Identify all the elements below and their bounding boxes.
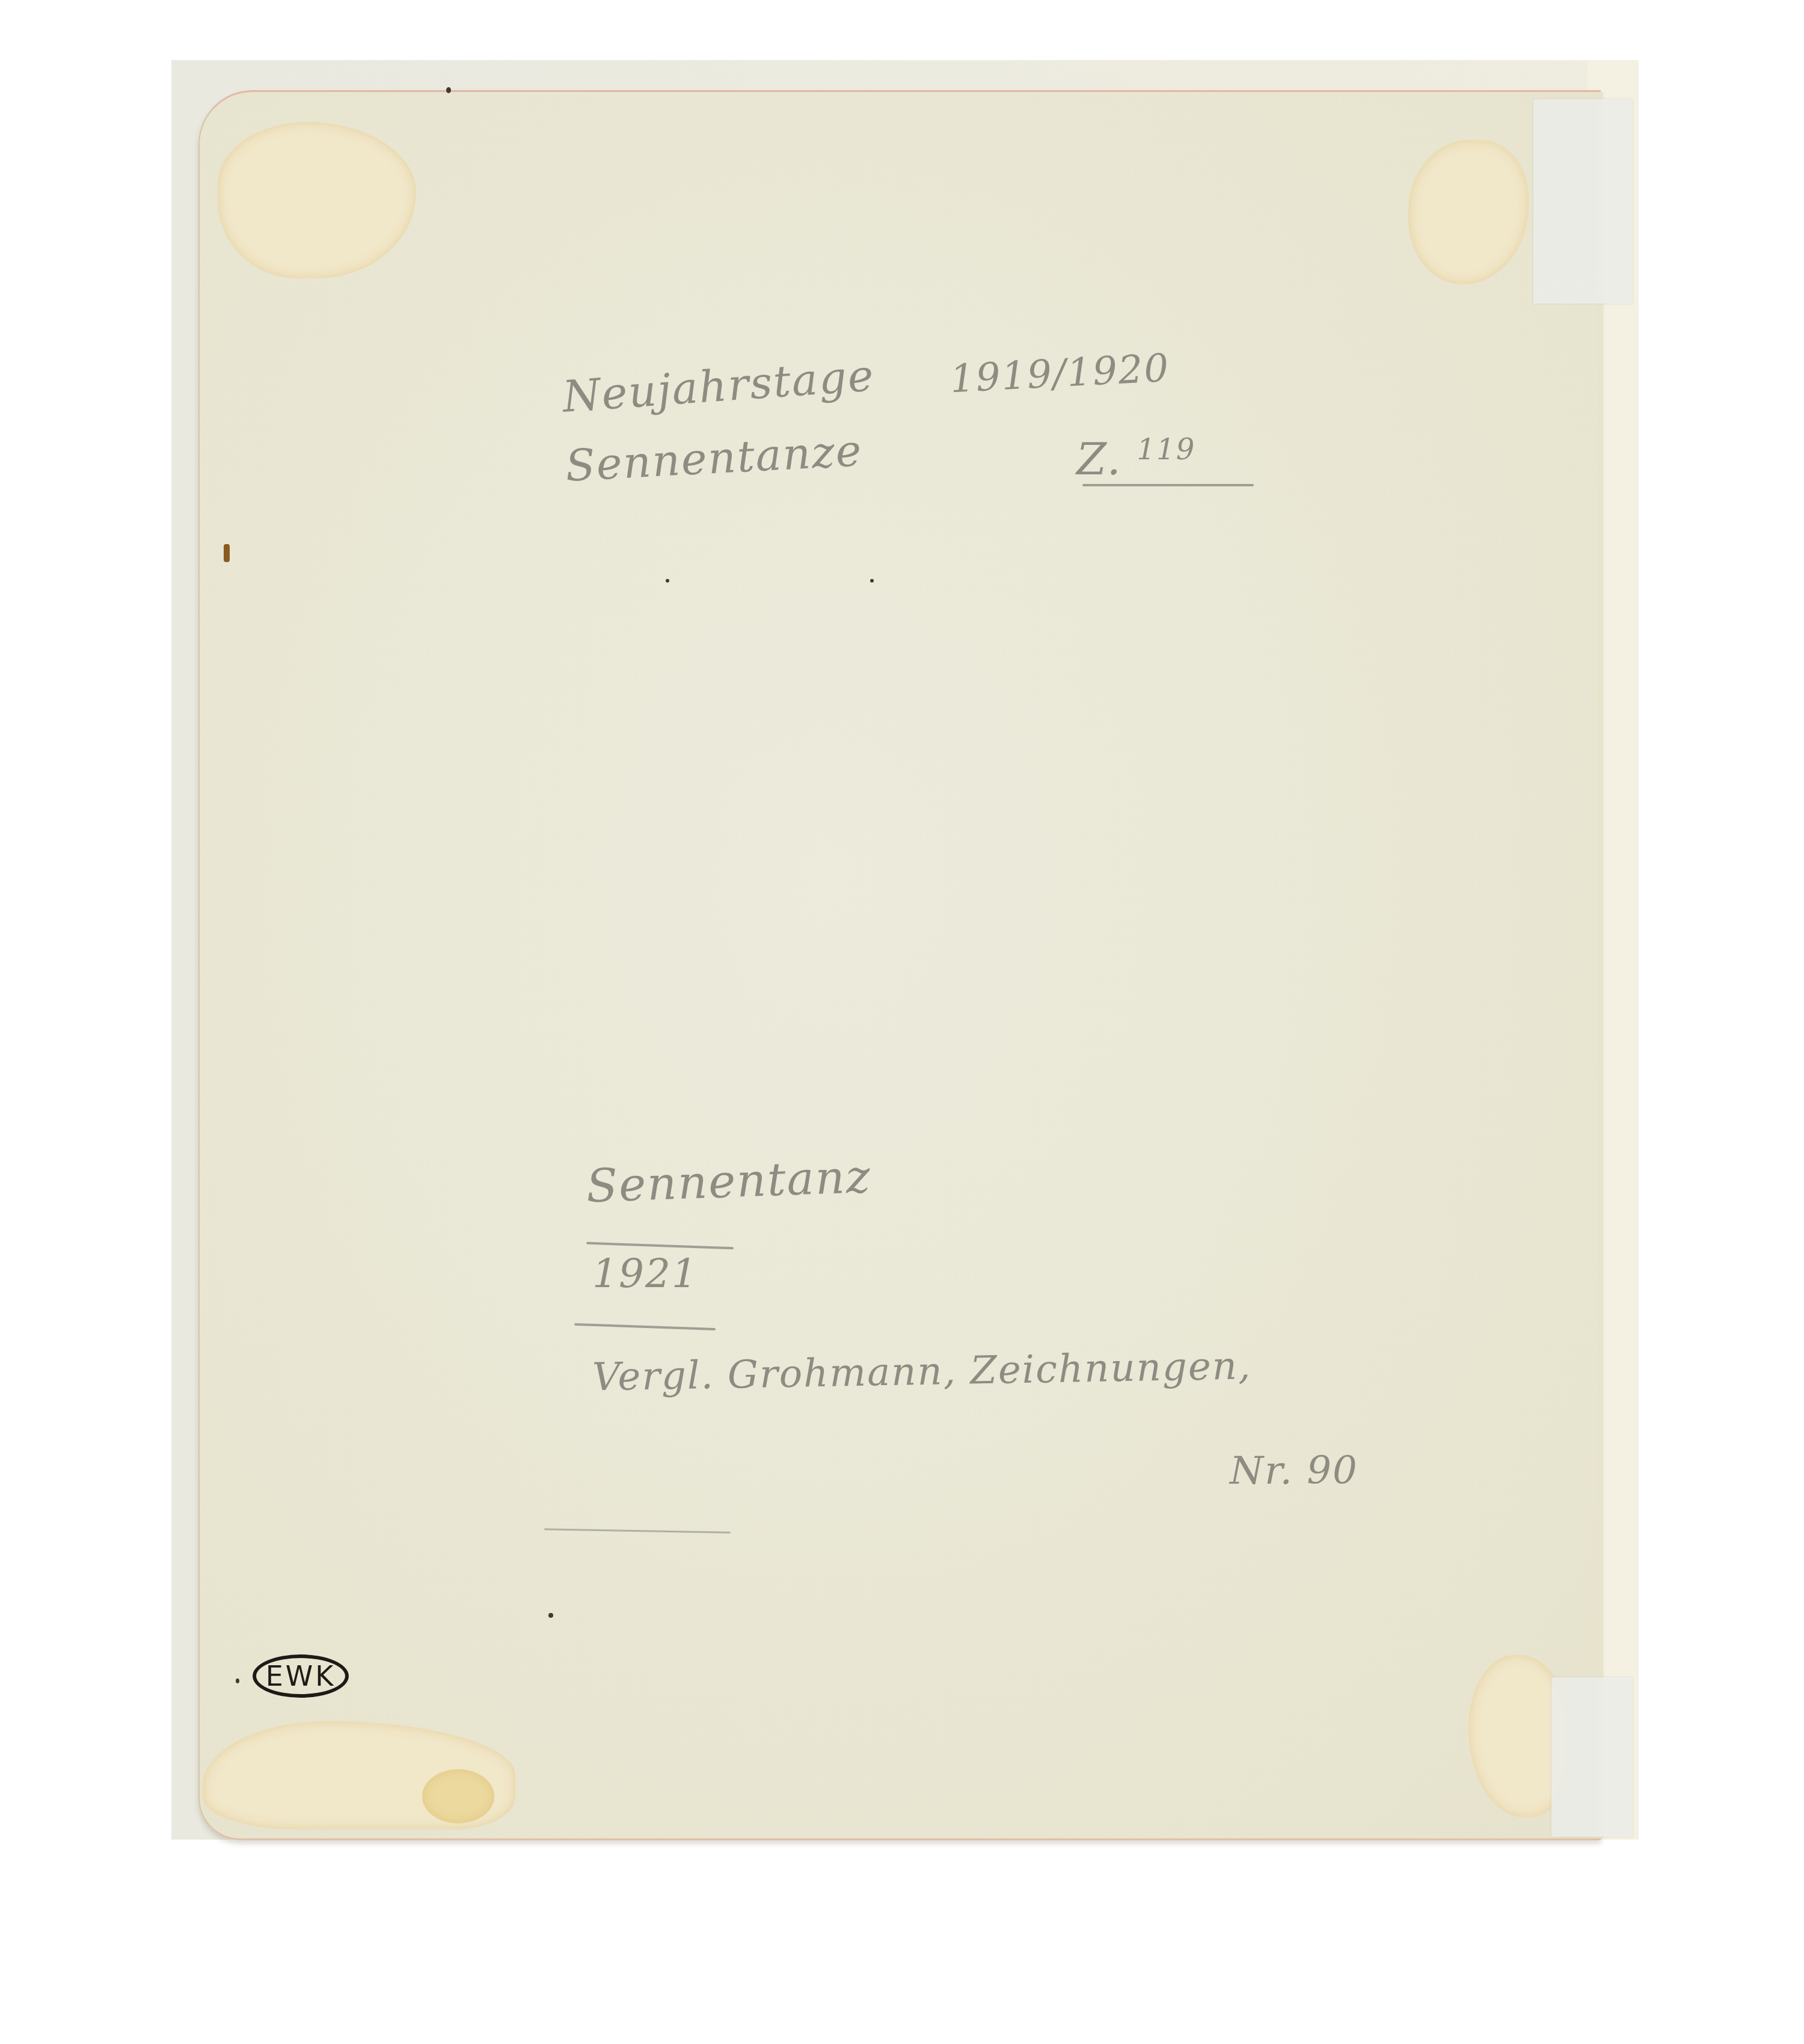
- ink-speck: [446, 87, 451, 93]
- ink-speck: [236, 1678, 239, 1683]
- collector-stamp-ewk: EWK: [253, 1654, 349, 1698]
- catalog-ref-underline: [1082, 484, 1254, 486]
- glue-residue-top-right: [1408, 140, 1529, 284]
- ink-speck: [666, 579, 669, 583]
- inscription-year: 1921: [592, 1250, 698, 1297]
- rust-mark: [224, 544, 230, 562]
- sheet-torn-right-edge: [1597, 92, 1603, 1838]
- inscription-title-sennentanz: Sennentanz: [586, 1149, 873, 1213]
- glue-stain-bottom-left: [422, 1769, 494, 1823]
- glue-residue-top-left: [218, 122, 416, 278]
- adhesive-tape-top-right: [1533, 99, 1633, 304]
- inscription-catalog-ref: Z. 119: [1076, 433, 1195, 485]
- ink-speck: [870, 579, 874, 583]
- inscription-reference-number: Nr. 90: [1230, 1449, 1358, 1493]
- artwork-verso-sheet: [198, 90, 1601, 1840]
- catalog-ref-number: 119: [1137, 433, 1196, 467]
- adhesive-tape-bottom-right: [1551, 1677, 1633, 1837]
- ink-speck: [548, 1613, 553, 1618]
- catalog-ref-prefix: Z.: [1076, 434, 1122, 485]
